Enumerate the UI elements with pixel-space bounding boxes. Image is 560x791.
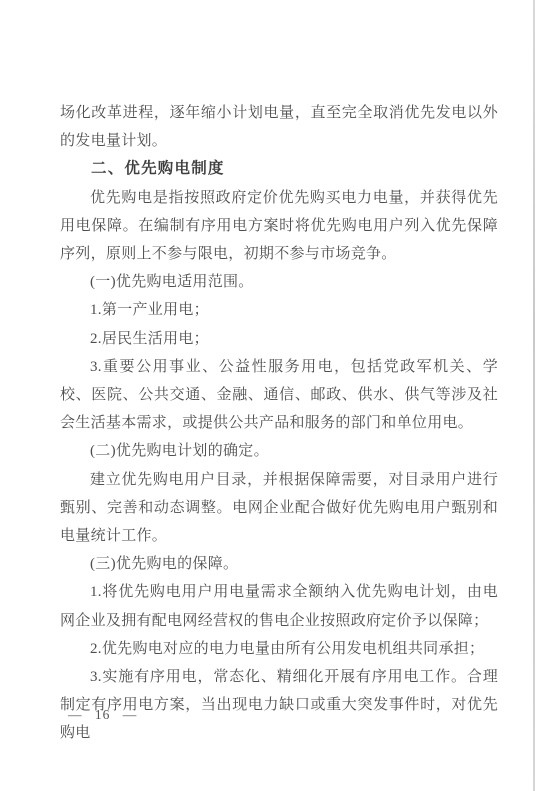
sub-heading: (二)优先购电计划的确定。	[60, 437, 498, 465]
sub-heading: (一)优先购电适用范围。	[60, 268, 498, 296]
paragraph: 3.重要公用事业、公益性服务用电，包括党政军机关、学校、医院、公共交通、金融、通…	[60, 353, 498, 438]
paragraph: 2.优先购电对应的电力电量由所有公用发电机组共同承担；	[60, 635, 498, 663]
paragraph: 1.第一产业用电；	[60, 296, 498, 324]
document-page: 场化改革进程，逐年缩小计划电量，直至完全取消优先发电以外的发电量计划。二、优先购…	[0, 0, 560, 791]
page-number: — 16 —	[68, 707, 137, 722]
paragraph: 建立优先购电用户目录，并根据保障需要，对目录用户进行甄别、完善和动态调整。电网企…	[60, 466, 498, 551]
paragraph: 优先购电是指按照政府定价优先购买电力电量，并获得优先用电保障。在编制有序用电方案…	[60, 184, 498, 269]
paragraph: 场化改革进程，逐年缩小计划电量，直至完全取消优先发电以外的发电量计划。	[60, 99, 498, 155]
document-body: 场化改革进程，逐年缩小计划电量，直至完全取消优先发电以外的发电量计划。二、优先购…	[60, 99, 498, 748]
sub-heading: (三)优先购电的保障。	[60, 550, 498, 578]
paragraph: 2.居民生活用电；	[60, 325, 498, 353]
page-edge-line	[533, 0, 535, 791]
paragraph: 1.将优先购电用户用电量需求全额纳入优先购电计划，由电网企业及拥有配电网经营权的…	[60, 578, 498, 634]
section-heading: 二、优先购电制度	[60, 155, 498, 183]
page-footer: — 16 —	[68, 705, 137, 725]
